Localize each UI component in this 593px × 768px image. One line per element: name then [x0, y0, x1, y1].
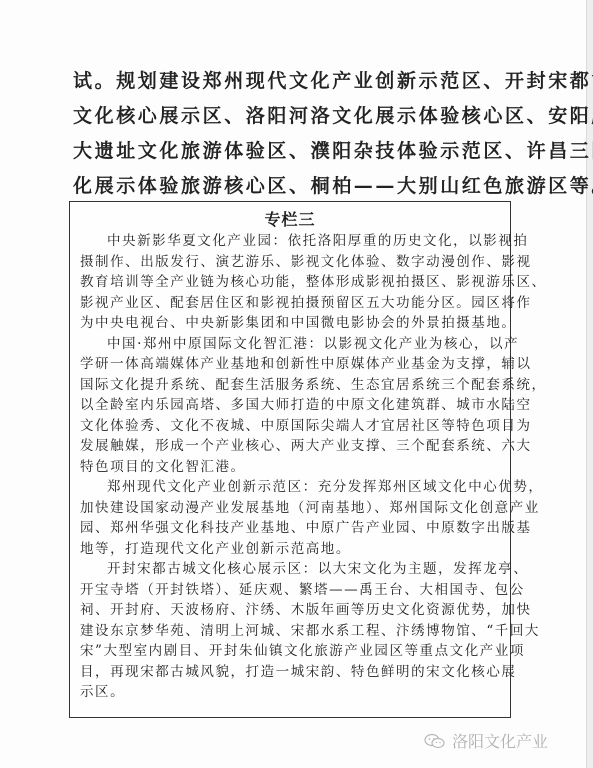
box-body: 中央新影华夏文化产业园：依托洛阳厚重的历史文化，以影视拍摄制作、出版发行、演艺游…	[70, 231, 510, 703]
intro-line: 试。规划建设郑州现代文化产业创新示范区、开封宋都古城	[73, 64, 523, 99]
box-line: 开宝寺塔（开封铁塔）、延庆观、繁塔——禹王台、大相国寺、包公	[80, 580, 510, 601]
box-line: 地等，打造现代文化产业创新示范高地。	[80, 539, 510, 560]
box-line: 中央新影华夏文化产业园：依托洛阳厚重的历史文化，以影视拍	[80, 231, 510, 252]
box-line: 教育培训等全产业链为核心功能，整体形成影视拍摄区、影视游乐区、	[80, 272, 510, 293]
box-line: 为中央电视台、中央新影集团和中国微电影协会的外景拍摄基地。	[80, 313, 510, 334]
watermark-text: 洛阳文化产业	[452, 729, 548, 752]
wechat-icon	[424, 733, 446, 749]
box-line: 加快建设国家动漫产业发展基地（河南基地）、郑州国际文化创意产业	[80, 498, 510, 519]
intro-paragraph: 试。规划建设郑州现代文化产业创新示范区、开封宋都古城 文化核心展示区、洛阳河洛文…	[73, 64, 523, 204]
box-line: 文化体验秀、文化不夜城、中原国际尖端人才宜居社区等特色项目为	[80, 416, 510, 437]
box-line: 特色项目的文化智汇港。	[80, 457, 510, 478]
intro-line: 大遗址文化旅游体验区、濮阳杂技体验示范区、许昌三国文	[73, 134, 523, 169]
box-line: 国际文化提升系统、配套生活服务系统、生态宜居系统三个配套系统，	[80, 375, 510, 396]
intro-line: 化展示体验旅游核心区、桐柏——大别山红色旅游区等。	[73, 169, 523, 204]
box-title: 专栏三	[70, 209, 510, 231]
box-line: 发展触媒，形成一个产业核心、两大产业支撑、三个配套系统、六大	[80, 436, 510, 457]
box-line: 影视产业区、配套居住区和影视拍摄预留区五大功能分区。园区将作	[80, 293, 510, 314]
box-line: 郑州现代文化产业创新示范区：充分发挥郑州区域文化中心优势，	[80, 477, 510, 498]
intro-line: 文化核心展示区、洛阳河洛文化展示体验核心区、安阳殷墟	[73, 99, 523, 134]
box-line: 开封宋都古城文化核心展示区：以大宋文化为主题，发挥龙亭、	[80, 559, 510, 580]
box-line: 建设东京梦华苑、清明上河城、宋都水系工程、汴绣博物馆、“千回大	[80, 621, 510, 642]
box-line: 以全龄室内乐园高塔、多国大师打造的中原文化建筑群、城市水陆空	[80, 395, 510, 416]
watermark: 洛阳文化产业	[424, 729, 548, 752]
box-line: 园、郑州华强文化科技产业基地、中原广告产业园、中原数字出版基	[80, 518, 510, 539]
box-line: 目，再现宋都古城风貌，打造一城宋韵、特色鲜明的宋文化核心展	[80, 662, 510, 683]
box-line: 示区。	[80, 682, 510, 703]
box-line: 学研一体高端媒体产业基地和创新性中原媒体产业基金为支撑，辅以	[80, 354, 510, 375]
box-line: 摄制作、出版发行、演艺游乐、影视文化体验、数字动漫创作、影视	[80, 252, 510, 273]
box-line: 中国·郑州中原国际文化智汇港：以影视文化产业为核心，以产	[80, 334, 510, 355]
sidebar-column-box: 专栏三 中央新影华夏文化产业园：依托洛阳厚重的历史文化，以影视拍摄制作、出版发行…	[69, 201, 511, 718]
box-line: 宋”大型室内剧目、开封朱仙镇文化旅游产业园区等重点文化产业项	[80, 641, 510, 662]
box-line: 祠、开封府、天波杨府、汴绣、木版年画等历史文化资源优势，加快	[80, 600, 510, 621]
